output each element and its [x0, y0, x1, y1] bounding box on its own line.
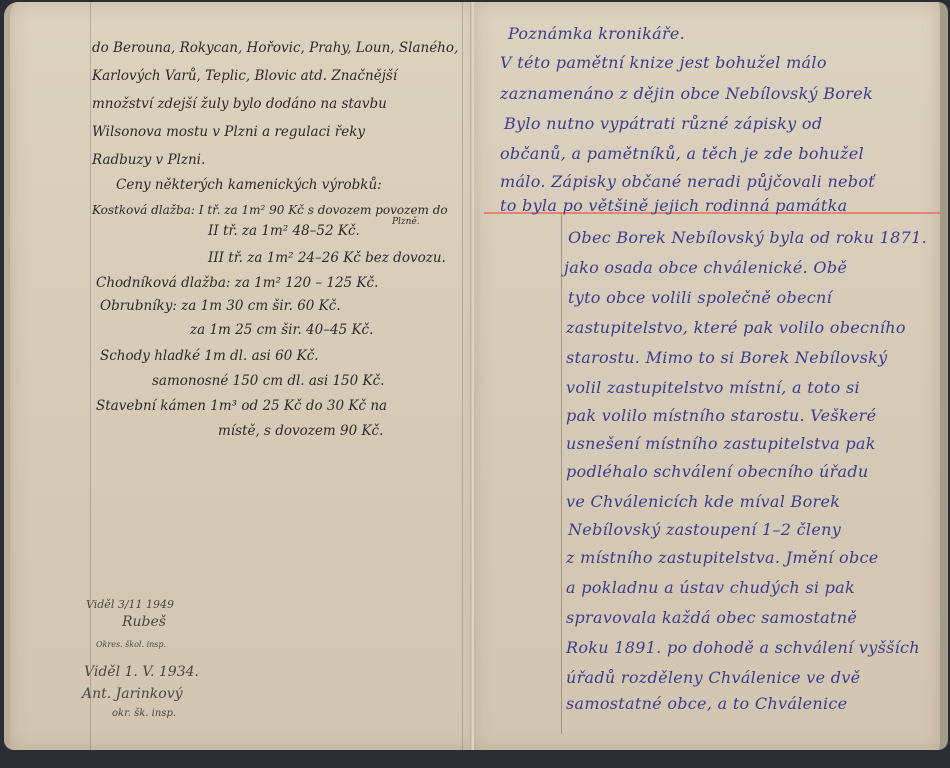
price-pavement: Chodníková dlažba: za 1m² 120 – 125 Kč.: [96, 275, 378, 291]
right-body-line-7: pak volilo místního starostu. Veškeré: [566, 406, 876, 425]
right-margin-rule: [561, 214, 562, 734]
right-body-line-16: úřadů rozděleny Chválenice ve dvě: [566, 668, 860, 687]
right-header-line-6: málo. Zápisky občané neradi půjčovali ne…: [500, 172, 875, 191]
chronicler-note-title: Poznámka kronikáře.: [508, 24, 685, 43]
signature-1934: Ant. Jarinkový: [82, 686, 183, 702]
left-line-3: množství zdejší žuly bylo dodáno na stav…: [92, 96, 387, 112]
right-body-line-4: zastupitelstvo, které pak volilo obecníh…: [566, 318, 906, 337]
price-curbs-1: Obrubníky: za 1m 30 cm šir. 60 Kč.: [100, 298, 341, 314]
right-header-line-5: občanů, a pamětníků, a těch je zde bohuž…: [500, 144, 864, 163]
right-body-line-8: usnešení místního zastupitelstva pak: [566, 434, 876, 453]
right-body-line-5: starostu. Mimo to si Borek Nebílovský: [566, 348, 887, 367]
left-line-4: Wilsonova mostu v Plzni a regulaci řeky: [92, 124, 365, 140]
price-stairs-2: samonosné 150 cm dl. asi 150 Kč.: [152, 373, 384, 389]
price-stairs-1: Schody hladké 1m dl. asi 60 Kč.: [100, 348, 319, 364]
right-header-line-7: to byla po většině jejich rodinná památk…: [500, 196, 847, 215]
right-header-line-4: Bylo nutno vypátrati různé zápisky od: [504, 114, 822, 133]
right-body-line-12: z místního zastupitelstva. Jmění obce: [566, 548, 879, 567]
right-body-line-17: samostatné obce, a to Chválenice: [566, 694, 847, 713]
price-cobblestone-1: Kostková dlažba: I tř. za 1m² 90 Kč s do…: [92, 203, 448, 217]
right-body-line-15: Roku 1891. po dohodě a schválení vyšších: [566, 638, 920, 657]
signature-1949: Rubeš: [122, 614, 166, 630]
left-line-1: do Berouna, Rokycan, Hořovic, Prahy, Lou…: [92, 40, 458, 56]
signature-1949-title: Okres. škol. insp.: [96, 640, 166, 649]
inspection-note-1949: Viděl 3/11 1949: [86, 598, 174, 611]
inspection-note-1934: Viděl 1. V. 1934.: [84, 664, 199, 680]
right-body-line-13: a pokladnu a ústav chudých si pak: [566, 578, 855, 597]
right-body-line-14: spravovala každá obec samostatně: [566, 608, 857, 627]
right-body-line-1: Obec Borek Nebílovský byla od roku 1871.: [568, 228, 927, 247]
price-curbs-2: za 1m 25 cm šir. 40–45 Kč.: [190, 322, 373, 338]
right-header-line-3: zaznamenáno z dějin obce Nebílovský Bore…: [500, 84, 873, 103]
left-line-5: Radbuzy v Plzni.: [92, 152, 205, 168]
price-cobblestone-3: III tř. za 1m² 24–26 Kč bez dovozu.: [208, 250, 446, 266]
right-body-line-3: tyto obce volili společně obecní: [568, 288, 832, 307]
right-body-line-9: podléhalo schválení obecního úřadu: [566, 462, 869, 481]
price-building-stone-1: Stavební kámen 1m³ od 25 Kč do 30 Kč na: [96, 398, 387, 414]
left-right-rule: [462, 2, 463, 750]
prices-heading: Ceny některých kamenických výrobků:: [116, 177, 382, 193]
price-cobblestone-1-cont: Plzně.: [392, 217, 420, 227]
signature-1934-title: okr. šk. insp.: [112, 708, 176, 719]
left-margin-rule: [90, 2, 91, 750]
open-chronicle-book: do Berouna, Rokycan, Hořovic, Prahy, Lou…: [4, 0, 948, 752]
right-body-line-2: jako osada obce chválenické. Obě: [564, 258, 847, 277]
left-line-2: Karlových Varů, Teplic, Blovic atd. Znač…: [92, 68, 397, 84]
right-header-line-2: V této pamětní knize jest bohužel málo: [500, 53, 827, 72]
price-cobblestone-2: II tř. za 1m² 48–52 Kč.: [208, 223, 360, 239]
price-building-stone-2: místě, s dovozem 90 Kč.: [218, 423, 383, 439]
right-body-line-10: ve Chválenicích kde míval Borek: [566, 492, 840, 511]
right-body-line-6: volil zastupitelstvo místní, a toto si: [566, 378, 860, 397]
right-body-line-11: Nebílovský zastoupení 1–2 členy: [568, 520, 841, 539]
